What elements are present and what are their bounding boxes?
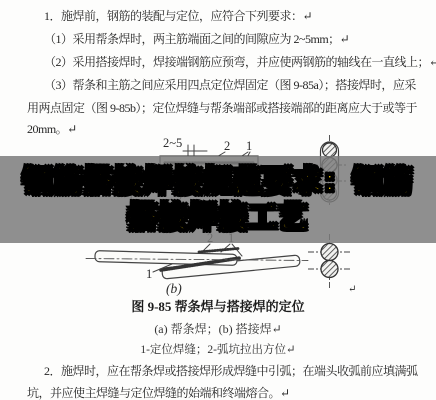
doc-line-8: 坑，并应使主焊缝与定位焊缝的始端和终端熔合。↵ — [27, 384, 290, 400]
figure-legend-sublabels: (a) 帮条焊；(b) 搭接焊↵ — [0, 320, 436, 337]
title-overlay-banner: 钢筋搭接焊接规范要求：钢筋 搭接焊接工艺 — [0, 156, 436, 243]
figure-caption: 图 9-85 帮条焊与搭接焊的定位 — [0, 296, 436, 315]
doc-line-2: （1）采用帮条焊时，两主筋端面之间的间隙应为 2~5mm；↵ — [44, 30, 349, 47]
return-mark: ↵ — [348, 284, 356, 295]
banner-title-line-2: 搭接焊接工艺 — [128, 200, 308, 236]
banner-title-line-1: 钢筋搭接焊接规范要求：钢筋 — [23, 164, 413, 200]
sub-label-b: (b) — [166, 281, 182, 296]
lower-label-1-b: 1 — [146, 267, 152, 281]
doc-line-5: 用两点固定（图 9-85b）；定位焊缝与帮条端部或搭接端部的距离应大于或等于 — [27, 99, 417, 116]
doc-line-4: （3）帮条和主筋之间应采用四点定位焊固定（图 9-85a）；搭接焊时，应采 — [44, 76, 416, 93]
scanned-document-page: 1．施焊前，钢筋的装配与定位，应符合下列要求：↵ （1）采用帮条焊时，两主筋端面… — [0, 0, 436, 400]
figure-legend-callouts: 1-定位焊缝；2-弧坑拉出方位↵ — [0, 341, 436, 357]
doc-line-1: 1．施焊前，钢筋的装配与定位，应符合下列要求：↵ — [44, 7, 312, 24]
callout-1-a: 1 — [246, 139, 252, 153]
doc-line-3: （2）采用搭接焊时，焊接端钢筋应预弯，并应使两钢筋的轴线在一直线上；↵ — [44, 53, 436, 70]
gap-dimension-label: 2~5 — [163, 136, 182, 150]
callout-2-a: 2 — [224, 139, 230, 153]
doc-line-7: 2．施焊时，应在帮条焊或搭接焊形成焊缝中引弧；在端头收弧前应填满弧 — [44, 362, 418, 379]
